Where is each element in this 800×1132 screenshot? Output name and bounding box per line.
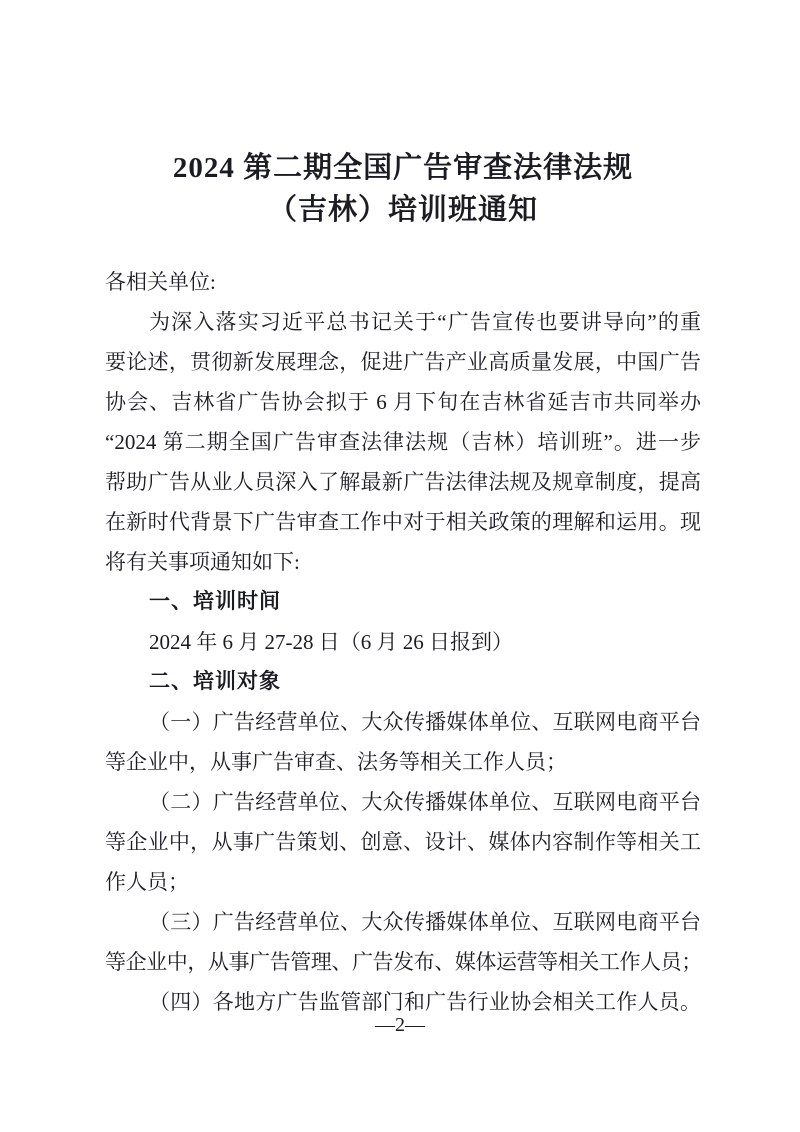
text-line: 一、培训时间: [105, 582, 701, 622]
document-title-line: 2024 第二期全国广告审查法律法规: [105, 147, 701, 189]
text-line: 等企业中，从事广告审查、法务等相关工作人员；: [105, 742, 701, 782]
text-line: 将有关事项通知如下:: [105, 542, 701, 582]
text-line: （三）广告经营单位、大众传播媒体单位、互联网电商平台: [105, 902, 701, 942]
text-line: 帮助广告从业人员深入了解最新广告法律法规及规章制度，提高: [105, 462, 701, 502]
text-line: 作人员；: [105, 862, 701, 902]
text-line: 2024 年 6 月 27-28 日（6 月 26 日报到）: [105, 622, 701, 662]
document-page: 2024 第二期全国广告审查法律法规（吉林）培训班通知 各相关单位:为深入落实习…: [0, 0, 800, 1132]
text-line: 等企业中，从事广告策划、创意、设计、媒体内容制作等相关工: [105, 822, 701, 862]
text-line: 各相关单位:: [105, 262, 701, 302]
text-line: （二）广告经营单位、大众传播媒体单位、互联网电商平台: [105, 782, 701, 822]
document-content: 2024 第二期全国广告审查法律法规（吉林）培训班通知 各相关单位:为深入落实习…: [105, 147, 701, 1022]
text-line: 为深入落实习近平总书记关于“广告宣传也要讲导向”的重: [105, 302, 701, 342]
text-line: 等企业中，从事广告管理、广告发布、媒体运营等相关工作人员；: [105, 942, 701, 982]
text-line: 协会、吉林省广告协会拟于 6 月下旬在吉林省延吉市共同举办: [105, 382, 701, 422]
text-line: 二、培训对象: [105, 662, 701, 702]
text-line: 在新时代背景下广告审查工作中对于相关政策的理解和运用。现: [105, 502, 701, 542]
text-line: （一）广告经营单位、大众传播媒体单位、互联网电商平台: [105, 702, 701, 742]
page-number: —2—: [0, 1012, 800, 1038]
text-line: “2024 第二期全国广告审查法律法规（吉林）培训班”。进一步: [105, 422, 701, 462]
text-line: 要论述，贯彻新发展理念，促进广告产业高质量发展，中国广告: [105, 342, 701, 382]
document-title: 2024 第二期全国广告审查法律法规（吉林）培训班通知: [105, 147, 701, 231]
document-body: 各相关单位:为深入落实习近平总书记关于“广告宣传也要讲导向”的重要论述，贯彻新发…: [105, 262, 701, 1022]
document-title-line: （吉林）培训班通知: [105, 189, 701, 231]
